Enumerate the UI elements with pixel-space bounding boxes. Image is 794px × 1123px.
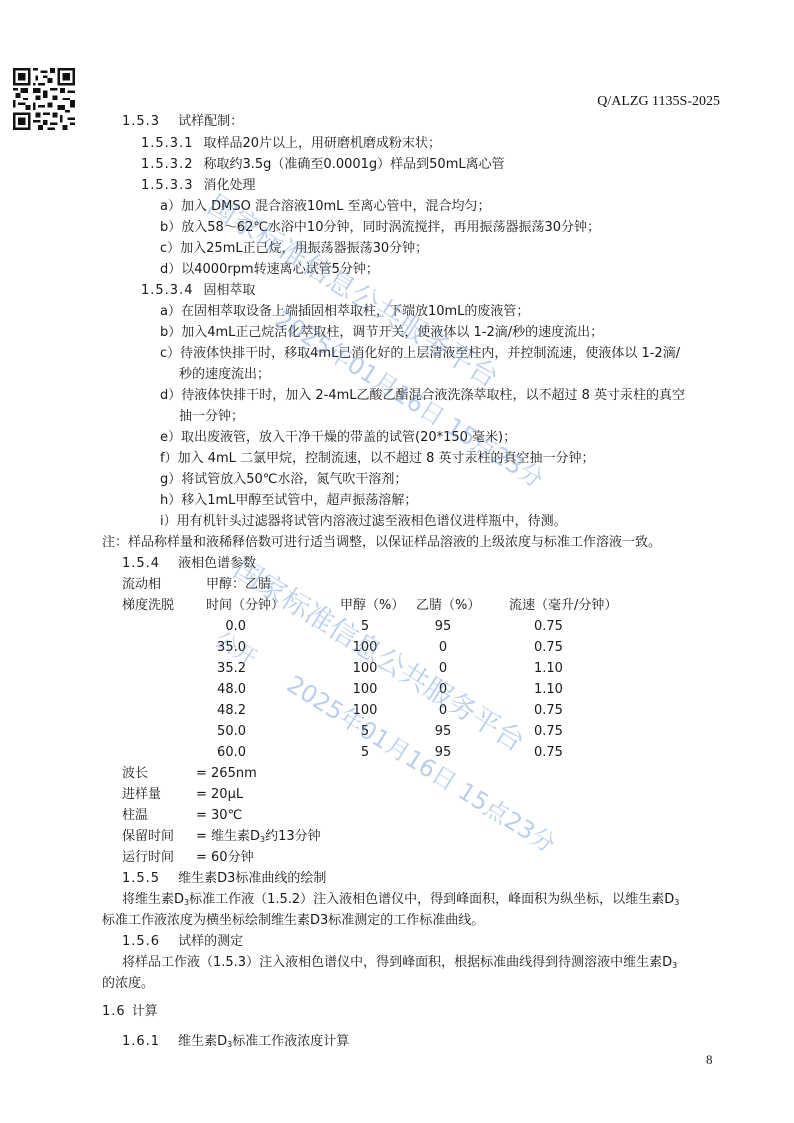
param-value: = 20μL bbox=[196, 787, 243, 803]
table-cell: 48.2 bbox=[212, 703, 246, 719]
table-cell: 0.75 bbox=[534, 619, 563, 635]
paragraph-text: 标准工作液（1.5.2）注入液相色谱仪中，得到峰面积，峰面积为纵坐标，以维生素D bbox=[189, 892, 674, 907]
section-number: 1.6.1 bbox=[122, 1034, 160, 1050]
list-item: b）放入58～62℃水浴中10分钟，同时涡流搅拌，再用振荡器振荡30分钟； bbox=[160, 220, 600, 236]
list-item: f）加入 4mL 二氯甲烷，控制流速，以不超过 8 英寸汞柱的真空抽一分钟； bbox=[160, 451, 595, 467]
table-header: 甲醇（%） bbox=[340, 598, 404, 614]
section-title: 维生素D3标准曲线的绘制 bbox=[178, 871, 326, 886]
section-title: 计算 bbox=[132, 1004, 158, 1019]
list-item: a）加入 DMSO 混合溶液10mL 至离心管中，混合均匀； bbox=[160, 199, 491, 215]
param-label: 运行时间 bbox=[122, 850, 174, 866]
section-1-6-1-heading: 1.6.1维生素D3标准工作液浓度计算 bbox=[122, 1034, 349, 1053]
list-item: a）在固相萃取设备上端插固相萃取柱，下端放10mL的废液管； bbox=[160, 304, 529, 320]
table-cell: 35.2 bbox=[212, 661, 246, 677]
subscript: 3 bbox=[672, 961, 677, 970]
section-number: 1.5.4 bbox=[122, 556, 160, 572]
table-cell: 95 bbox=[430, 619, 456, 635]
param-value: = 60分钟 bbox=[196, 850, 254, 866]
section-text: 称取约3.5g（准确至0.0001g）样品到50mL离心管 bbox=[203, 157, 504, 172]
section-title: 液相色谱参数 bbox=[178, 556, 256, 571]
list-item: d）待液体快排干时，加入 2-4mL乙酸乙酯混合液洗涤萃取柱，以不超过 8 英寸… bbox=[160, 388, 685, 404]
paragraph-line: 的浓度。 bbox=[102, 976, 154, 992]
section-1-5-6-heading: 1.5.6试样的测定 bbox=[122, 934, 243, 950]
section-number: 1.5.3.2 bbox=[141, 157, 193, 173]
table-cell: 0.75 bbox=[534, 745, 563, 761]
mobile-phase-label: 流动相 bbox=[122, 577, 161, 593]
list-item: b）加入4mL正己烷活化萃取柱，调节开关，使液体以 1-2滴/秒的速度流出； bbox=[160, 325, 603, 341]
section-title: 试样的测定 bbox=[178, 934, 243, 949]
table-cell: 60.0 bbox=[212, 745, 246, 761]
table-cell: 0.0 bbox=[220, 619, 246, 635]
section-number: 1.5.3.1 bbox=[141, 136, 193, 152]
table-cell: 0 bbox=[430, 682, 456, 698]
table-cell: 95 bbox=[430, 724, 456, 740]
table-cell: 100 bbox=[352, 703, 378, 719]
table-cell: 95 bbox=[430, 745, 456, 761]
section-number: 1.5.3 bbox=[122, 114, 160, 130]
table-cell: 5 bbox=[352, 724, 378, 740]
table-cell: 0.75 bbox=[534, 703, 563, 719]
table-cell: 0 bbox=[430, 703, 456, 719]
table-cell: 0.75 bbox=[534, 640, 563, 656]
table-cell: 5 bbox=[352, 745, 378, 761]
param-value-text: = 维生素D bbox=[196, 829, 260, 844]
table-cell: 48.0 bbox=[212, 682, 246, 698]
section-text: 取样品20片以上，用研磨机磨成粉末状； bbox=[203, 136, 441, 151]
table-cell: 100 bbox=[352, 682, 378, 698]
param-value: = 30℃ bbox=[196, 808, 242, 824]
section-title: 维生素D bbox=[178, 1034, 227, 1049]
list-item: g）将试管放入50℃水浴，氮气吹干溶剂； bbox=[160, 472, 407, 488]
list-item: i）用有机针头过滤器将试管内溶液过滤至液相色谱仪进样瓶中，待测。 bbox=[160, 514, 567, 530]
table-cell: 1.10 bbox=[534, 682, 563, 698]
table-cell: 50.0 bbox=[212, 724, 246, 740]
table-header: 时间（分钟） bbox=[206, 598, 284, 614]
watermark-text: 2025年01月16日 15点23分 bbox=[281, 665, 563, 859]
subscript: 3 bbox=[674, 898, 679, 907]
section-number: 1.6 bbox=[102, 1004, 126, 1020]
page-number: 8 bbox=[706, 1052, 713, 1068]
table-header: 流速（毫升/分钟） bbox=[509, 598, 617, 614]
param-label: 进样量 bbox=[122, 787, 161, 803]
table-cell: 0.75 bbox=[534, 724, 563, 740]
param-label: 波长 bbox=[122, 766, 148, 782]
table-header: 乙腈（%） bbox=[416, 598, 480, 614]
section-title: 消化处理 bbox=[203, 178, 255, 193]
list-item: h）移入1mL甲醇至试管中，超声振荡溶解； bbox=[160, 493, 417, 509]
section-title: 试样配制： bbox=[178, 114, 243, 129]
paragraph-line: 将维生素D3标准工作液（1.5.2）注入液相色谱仪中，得到峰面积，峰面积为纵坐标… bbox=[122, 892, 679, 911]
list-item-continuation: 抽一分钟； bbox=[179, 409, 244, 425]
section-1-6-heading: 1.6计算 bbox=[102, 1004, 158, 1020]
param-value-text: 约13分钟 bbox=[265, 829, 321, 844]
paragraph-text: 将维生素D bbox=[122, 892, 184, 907]
section-1-5-3-heading: 1.5.3试样配制： bbox=[122, 114, 243, 130]
section-title: 标准工作液浓度计算 bbox=[232, 1034, 349, 1049]
mobile-phase-value: 甲醇：乙腈 bbox=[206, 577, 271, 593]
section-number: 1.5.3.3 bbox=[141, 178, 193, 194]
table-cell: 5 bbox=[352, 619, 378, 635]
table-cell: 100 bbox=[352, 661, 378, 677]
section-number: 1.5.3.4 bbox=[141, 283, 193, 299]
table-cell: 1.10 bbox=[534, 661, 563, 677]
gradient-label: 梯度洗脱 bbox=[122, 598, 174, 614]
param-value: = 维生素D3约13分钟 bbox=[196, 829, 321, 848]
list-item: c）加入25mL正己烷，用振荡器振荡30分钟； bbox=[160, 241, 428, 257]
section-number: 1.5.5 bbox=[122, 871, 160, 887]
section-1-5-3-2: 1.5.3.2称取约3.5g（准确至0.0001g）样品到50mL离心管 bbox=[141, 157, 505, 173]
table-cell: 100 bbox=[352, 640, 378, 656]
paragraph-text: 将样品工作液（1.5.3）注入液相色谱仪中，得到峰面积，根据标准曲线得到待测溶液… bbox=[122, 955, 672, 970]
paragraph-line: 标准工作液浓度为横坐标绘制维生素D3标准测定的工作标准曲线。 bbox=[102, 913, 484, 929]
param-label: 保留时间 bbox=[122, 829, 174, 845]
section-title: 固相萃取 bbox=[203, 283, 255, 298]
section-1-5-5-heading: 1.5.5维生素D3标准曲线的绘制 bbox=[122, 871, 326, 887]
param-value: = 265nm bbox=[196, 766, 257, 782]
section-1-5-3-1: 1.5.3.1取样品20片以上，用研磨机磨成粉末状； bbox=[141, 136, 441, 152]
section-1-5-4-heading: 1.5.4液相色谱参数 bbox=[122, 556, 256, 572]
section-1-5-3-3-heading: 1.5.3.3消化处理 bbox=[141, 178, 256, 194]
watermark-text: 国家标准信息公共服务平台 bbox=[227, 548, 533, 760]
paragraph-line: 将样品工作液（1.5.3）注入液相色谱仪中，得到峰面积，根据标准曲线得到待测溶液… bbox=[122, 955, 677, 974]
document-page: Q/ALZG 1135S-2025 1.5.3试样配制： 1.5.3.1取样品2… bbox=[0, 0, 794, 1123]
list-item: c）待液体快排干时，移取4mL已消化好的上层清液至柱内，并控制流速，使液体以 1… bbox=[160, 346, 680, 362]
standard-code: Q/ALZG 1135S-2025 bbox=[597, 94, 720, 110]
list-item: d）以4000rpm转速离心试管5分钟； bbox=[160, 262, 379, 278]
section-number: 1.5.6 bbox=[122, 934, 160, 950]
table-cell: 0 bbox=[430, 661, 456, 677]
table-cell: 35.0 bbox=[212, 640, 246, 656]
param-label: 柱温 bbox=[122, 808, 148, 824]
section-1-5-3-4-heading: 1.5.3.4固相萃取 bbox=[141, 283, 256, 299]
list-item: e）取出废液管，放入干净干燥的带盖的试管(20*150 毫米)； bbox=[160, 430, 516, 446]
list-item-continuation: 秒的速度流出； bbox=[179, 367, 270, 383]
table-cell: 0 bbox=[430, 640, 456, 656]
note-text: 注：样品称样量和液稀释倍数可进行适当调整，以保证样品溶液的上级浓度与标准工作溶液… bbox=[102, 535, 661, 551]
qr-code-icon bbox=[13, 68, 75, 130]
